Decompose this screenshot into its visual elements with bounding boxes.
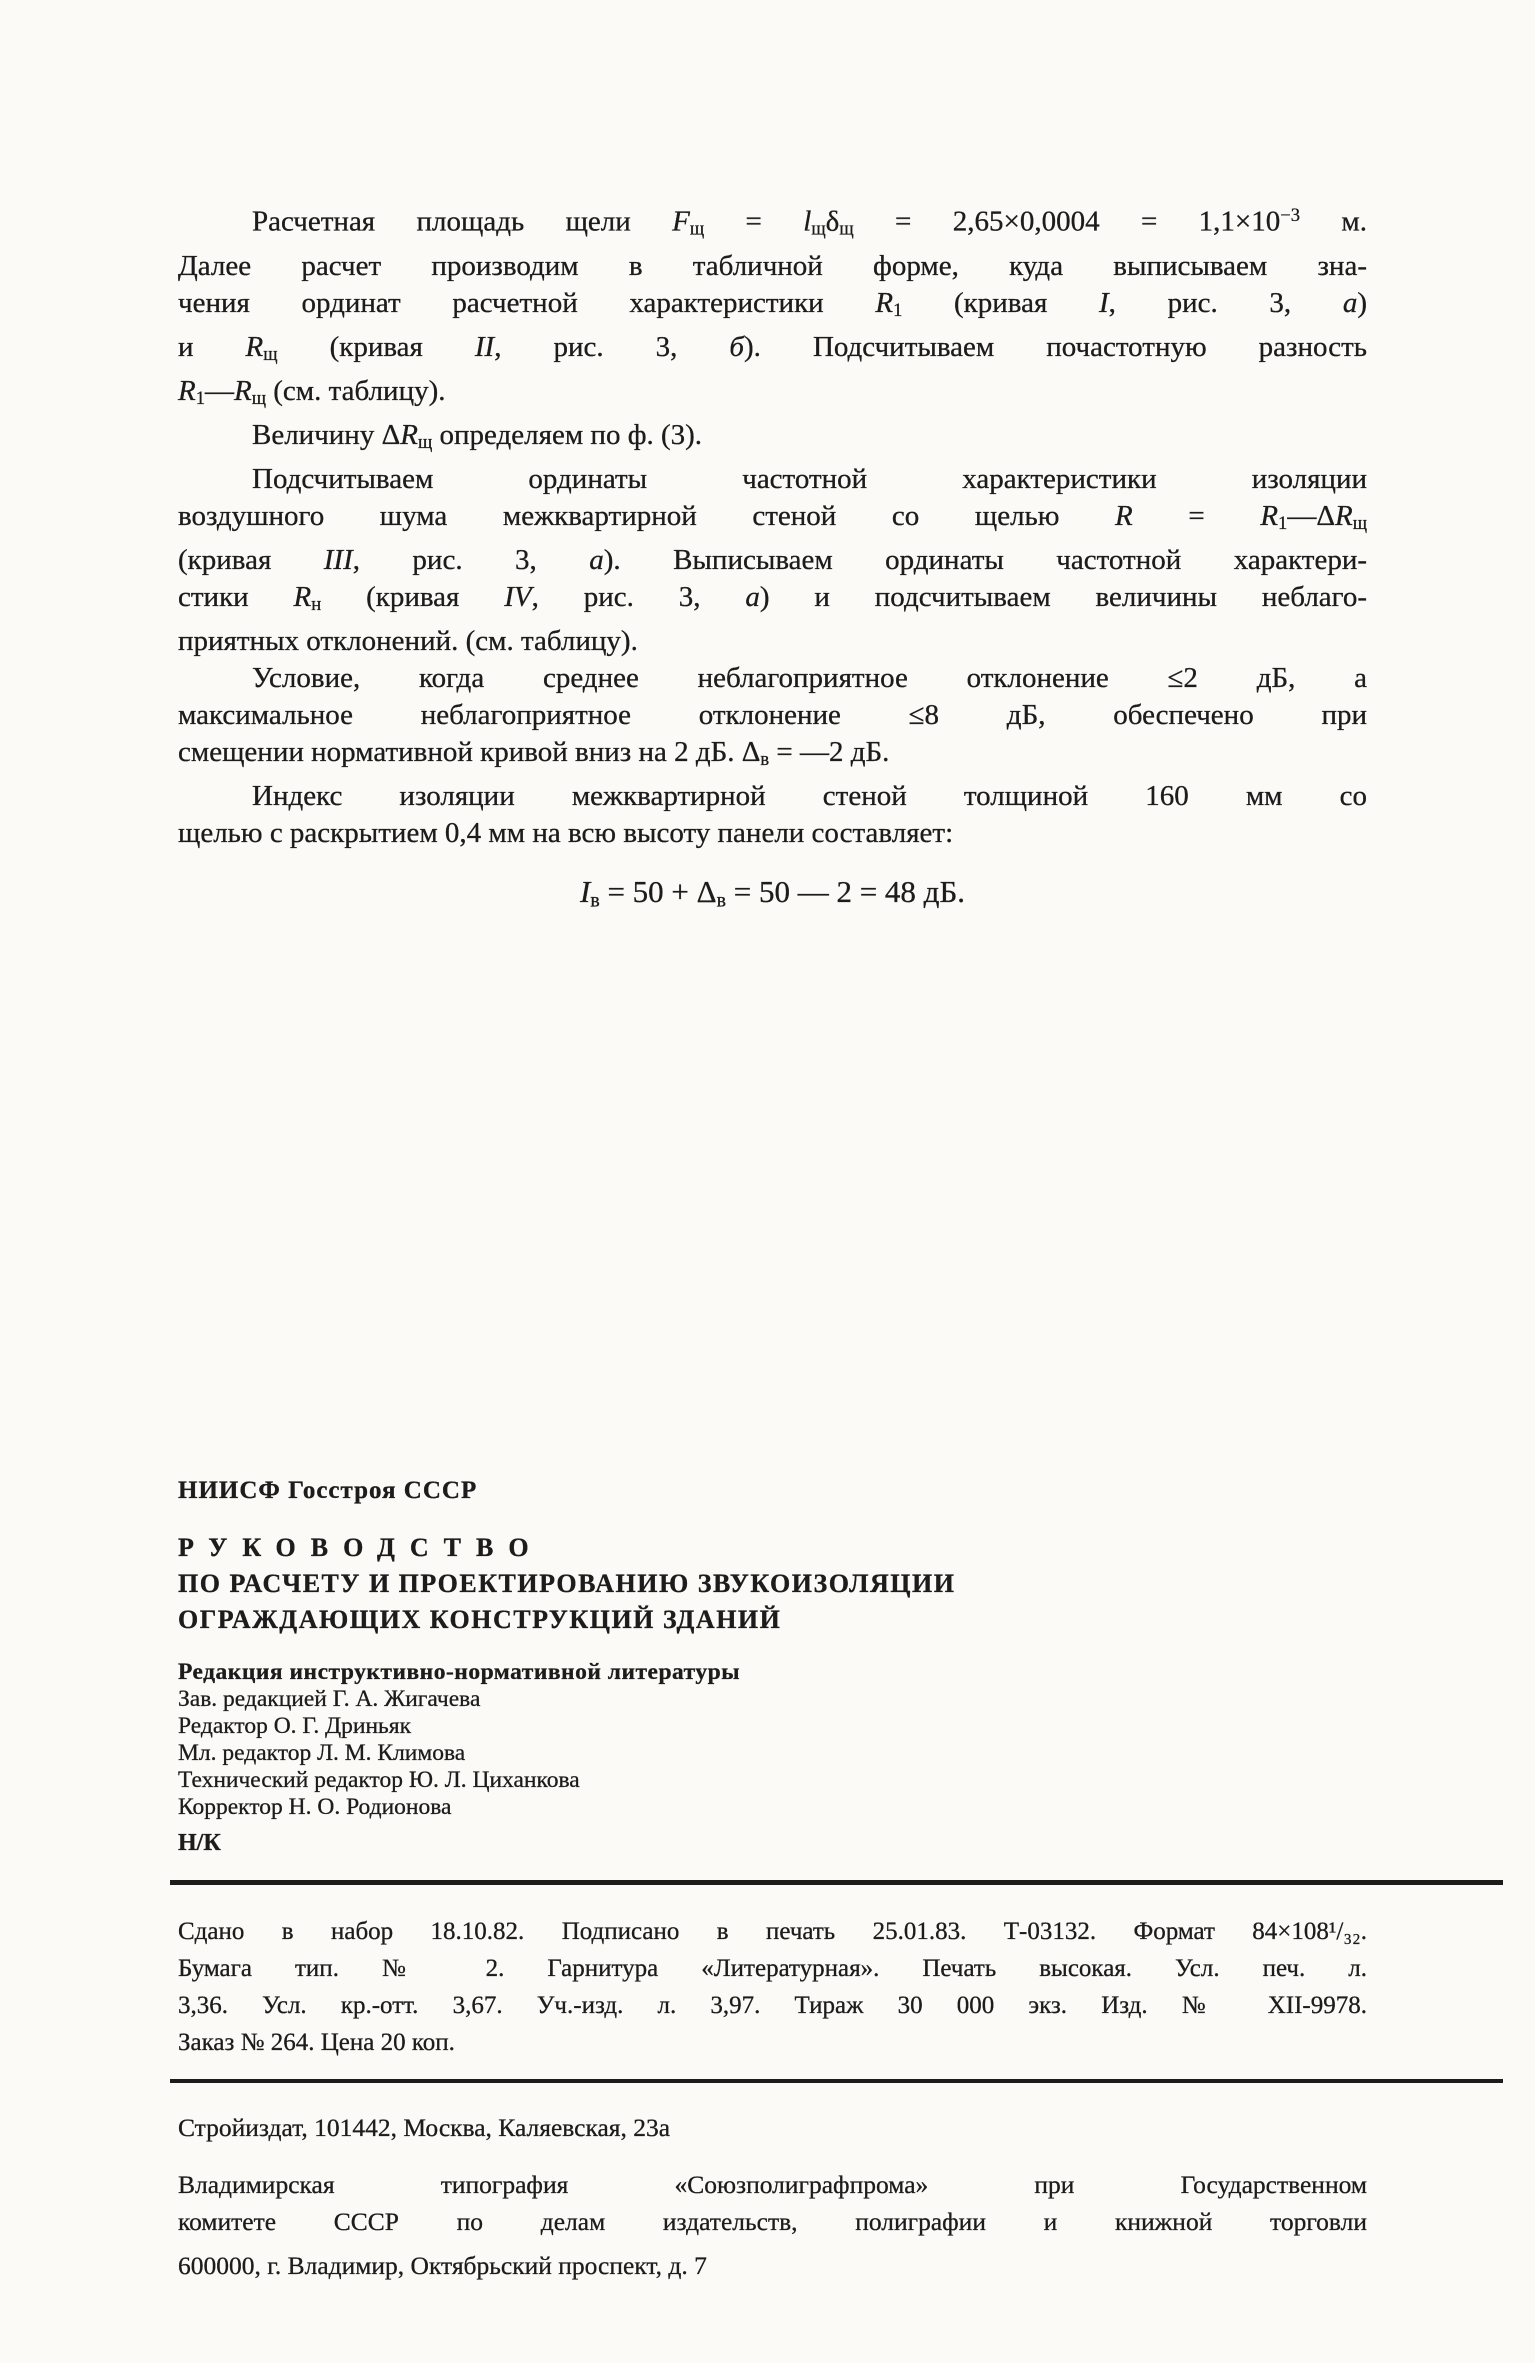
text-run: , рис. 3, (494, 331, 729, 363)
text-run: определяем по ф. (3). (432, 419, 702, 451)
text-run: = 2,65×0,0004 = 1,1×10 (854, 206, 1281, 238)
text-run: Величину Δ (252, 419, 400, 451)
text-run: а (589, 544, 604, 576)
calculation-text-block: Расчетная площадь щели Fщ = lщδщ = 2,65×… (0, 0, 1535, 923)
nk-mark: Н/К (178, 1830, 1367, 1857)
text-run: щ (811, 219, 825, 240)
text-run: 1 (196, 388, 205, 409)
text-run: н (311, 594, 321, 615)
text-run: приятных отклонений. (см. таблицу). (178, 625, 638, 657)
horizontal-rule-top (170, 1880, 1503, 1885)
technical-editor-line: Технический редактор Ю. Л. Циханкова (178, 1767, 1367, 1794)
head-of-editorial-line: Зав. редакцией Г. А. Жигачева (178, 1686, 1367, 1713)
text-run: −3 (1280, 205, 1300, 226)
editorial-staff: Редакция инструктивно-нормативной литера… (178, 1659, 1367, 1821)
text-run: = —2 дБ. (769, 736, 889, 768)
text-run: R (178, 375, 196, 407)
proofreader-line: Корректор Н. О. Родионова (178, 1794, 1367, 1821)
text-run: а (745, 581, 760, 613)
book-title-line-2: ПО РАСЧЕТУ И ПРОЕКТИРОВАНИЮ ЗВУКОИЗОЛЯЦИ… (178, 1566, 1367, 1602)
imprint-block: Сдано в набор 18.10.82. Подписано в печа… (0, 1917, 1535, 2065)
text-run: а (1343, 287, 1358, 319)
text-run: R (246, 331, 264, 363)
text-line: Условие, когда среднее неблагоприятное о… (178, 660, 1367, 697)
text-run: = (704, 206, 803, 238)
text-line: максимальное неблагоприятное отклонение … (178, 697, 1367, 734)
book-title-line-3: ОГРАЖДАЮЩИХ КОНСТРУКЦИЙ ЗДАНИЙ (178, 1602, 1367, 1638)
text-line: стики Rн (кривая IV, рис. 3, а) и подсчи… (178, 579, 1367, 623)
text-run: щ (839, 219, 853, 240)
text-run: Далее расчет производим в табличной форм… (178, 250, 1367, 282)
text-run: щ (1353, 513, 1367, 534)
text-run: R (234, 375, 252, 407)
text-line: Далее расчет производим в табличной форм… (178, 248, 1367, 285)
text-run: I (580, 874, 590, 909)
text-line: Подсчитываем ординаты частотной характер… (178, 461, 1367, 498)
formula-isolation-index: Iв = 50 + Δв = 50 — 2 = 48 дБ. (178, 870, 1367, 922)
paragraph-condition: Условие, когда среднее неблагоприятное о… (178, 660, 1367, 778)
text-run: ). Выписываем ординаты частотной характе… (604, 544, 1367, 576)
text-run: = 50 — 2 = 48 дБ. (726, 874, 965, 909)
paragraph-delta-r: Величину ΔRщ определяем по ф. (3). (178, 417, 1367, 461)
text-run: в (590, 890, 599, 912)
text-run: щелью с раскрытием 0,4 мм на всю высоту … (178, 817, 953, 849)
book-title: РУКОВОДСТВО ПО РАСЧЕТУ И ПРОЕКТИРОВАНИЮ … (178, 1530, 1367, 1638)
text-run: (см. таблицу). (266, 375, 445, 407)
editor-line: Редактор О. Г. Дриньяк (178, 1713, 1367, 1740)
text-run: щ (263, 344, 277, 365)
text-run: R (1260, 500, 1278, 532)
text-run: R (1115, 500, 1133, 532)
text-line: R1—Rщ (см. таблицу). (178, 373, 1367, 417)
text-run: = (1133, 500, 1261, 532)
text-run: 3,36. Усл. кр.-отт. 3,67. Уч.-изд. л. 3,… (178, 1992, 1367, 2019)
text-run: δ (826, 206, 840, 238)
text-run: (кривая (902, 287, 1099, 319)
text-run: щ (690, 219, 704, 240)
text-run: смещении нормативной кривой вниз на 2 дБ… (178, 736, 760, 768)
text-run: IV (504, 581, 531, 613)
paragraph-isolation-index: Индекс изоляции межквартирной стеной тол… (178, 778, 1367, 852)
text-run: ) (1357, 287, 1367, 319)
text-run: (кривая (321, 581, 504, 613)
text-run: Расчетная площадь щели (252, 206, 672, 238)
text-line: смещении нормативной кривой вниз на 2 дБ… (178, 734, 1367, 778)
text-run: Условие, когда среднее неблагоприятное о… (252, 662, 1367, 694)
text-run: воздушного шума межквартирной стеной со … (178, 500, 1115, 532)
text-line: Бумага тип. № 2. Гарнитура «Литературная… (178, 1954, 1367, 1991)
text-run: , рис. 3, (353, 544, 590, 576)
printing-house-city-line: 600000, г. Владимир, Октябрьский проспек… (178, 2251, 1367, 2280)
text-line: щелью с раскрытием 0,4 мм на всю высоту … (178, 815, 1367, 852)
text-run: III (324, 544, 353, 576)
text-line: приятных отклонений. (см. таблицу). (178, 623, 1367, 660)
text-line: чения ординат расчетной характеристики R… (178, 285, 1367, 329)
editorial-department-line: Редакция инструктивно-нормативной литера… (178, 1659, 1367, 1686)
publisher-name: НИИСФ Госстроя СССР (178, 1476, 1367, 1506)
text-line: Сдано в набор 18.10.82. Подписано в печа… (178, 1917, 1367, 1954)
text-line: Владимирская типография «Союзполиграфпро… (178, 2170, 1367, 2207)
paragraph-frequency-ordinates: Подсчитываем ординаты частотной характер… (178, 461, 1367, 660)
text-run: (кривая (178, 544, 324, 576)
text-run: максимальное неблагоприятное отклонение … (178, 699, 1367, 731)
text-run: стики (178, 581, 294, 613)
text-run: —Δ (1287, 500, 1335, 532)
text-line: Заказ № 264. Цена 20 коп. (178, 2028, 1367, 2065)
text-run: , рис. 3, (532, 581, 746, 613)
text-run: Бумага тип. № 2. Гарнитура «Литературная… (178, 1955, 1367, 1982)
text-line: Расчетная площадь щели Fщ = lщδщ = 2,65×… (178, 197, 1367, 248)
paragraph-slot-area-calculation: Расчетная площадь щели Fщ = lщδщ = 2,65×… (178, 197, 1367, 417)
text-line: воздушного шума межквартирной стеной со … (178, 498, 1367, 542)
horizontal-rule-bottom (170, 2079, 1503, 2083)
text-line: 3,36. Усл. кр.-отт. 3,67. Уч.-изд. л. 3,… (178, 1991, 1367, 2028)
text-run: в (717, 890, 726, 912)
address-block: Стройиздат, 101442, Москва, Каляевская, … (0, 2113, 1535, 2280)
book-title-line-1: РУКОВОДСТВО (178, 1530, 1367, 1566)
text-run: чения ординат расчетной характеристики (178, 287, 875, 319)
text-run: 1 (1278, 513, 1287, 534)
text-run: I (1099, 287, 1109, 319)
text-run: — (205, 375, 234, 407)
text-line: Индекс изоляции межквартирной стеной тол… (178, 778, 1367, 815)
text-run: R (294, 581, 312, 613)
text-run: м. (1300, 206, 1367, 238)
text-run: Заказ № 264. Цена 20 коп. (178, 2029, 455, 2056)
text-line: и Rщ (кривая II, рис. 3, б). Подсчитывае… (178, 329, 1367, 373)
text-run: Сдано в набор 18.10.82. Подписано в печа… (178, 1918, 1367, 1945)
text-line: (кривая III, рис. 3, а). Выписываем орди… (178, 542, 1367, 579)
text-run: ). Подсчитываем почастотную разность (744, 331, 1367, 363)
text-run: R (1335, 500, 1353, 532)
printing-house-lines: Владимирская типография «Союзполиграфпро… (178, 2170, 1367, 2244)
text-run: 1 (893, 300, 902, 321)
text-run: Индекс изоляции межквартирной стеной тол… (252, 780, 1367, 812)
text-run: F (672, 206, 690, 238)
stroyizdat-address: Стройиздат, 101442, Москва, Каляевская, … (178, 2113, 1367, 2142)
text-run: в (760, 749, 769, 770)
text-run: (кривая (278, 331, 475, 363)
text-run: комитете СССР по делам издательств, поли… (178, 2207, 1367, 2236)
text-run: б (729, 331, 744, 363)
text-run: = 50 + Δ (600, 874, 717, 909)
text-run: Подсчитываем ординаты частотной характер… (252, 463, 1367, 495)
junior-editor-line: Мл. редактор Л. М. Климова (178, 1740, 1367, 1767)
scanned-page: Расчетная площадь щели Fщ = lщδщ = 2,65×… (0, 0, 1535, 2363)
text-line: Величину ΔRщ определяем по ф. (3). (178, 417, 1367, 461)
text-run: R (875, 287, 893, 319)
text-run: щ (252, 388, 266, 409)
text-run: и (178, 331, 246, 363)
colophon: НИИСФ Госстроя СССР РУКОВОДСТВО ПО РАСЧЕ… (0, 1476, 1535, 1857)
text-run: II (475, 331, 494, 363)
text-run: Владимирская типография «Союзполиграфпро… (178, 2170, 1367, 2199)
text-line: комитете СССР по делам издательств, поли… (178, 2207, 1367, 2244)
text-run: ) и подсчитываем величины неблаго- (760, 581, 1367, 613)
text-run: щ (418, 432, 432, 453)
text-run: R (400, 419, 418, 451)
text-run: , рис. 3, (1109, 287, 1343, 319)
